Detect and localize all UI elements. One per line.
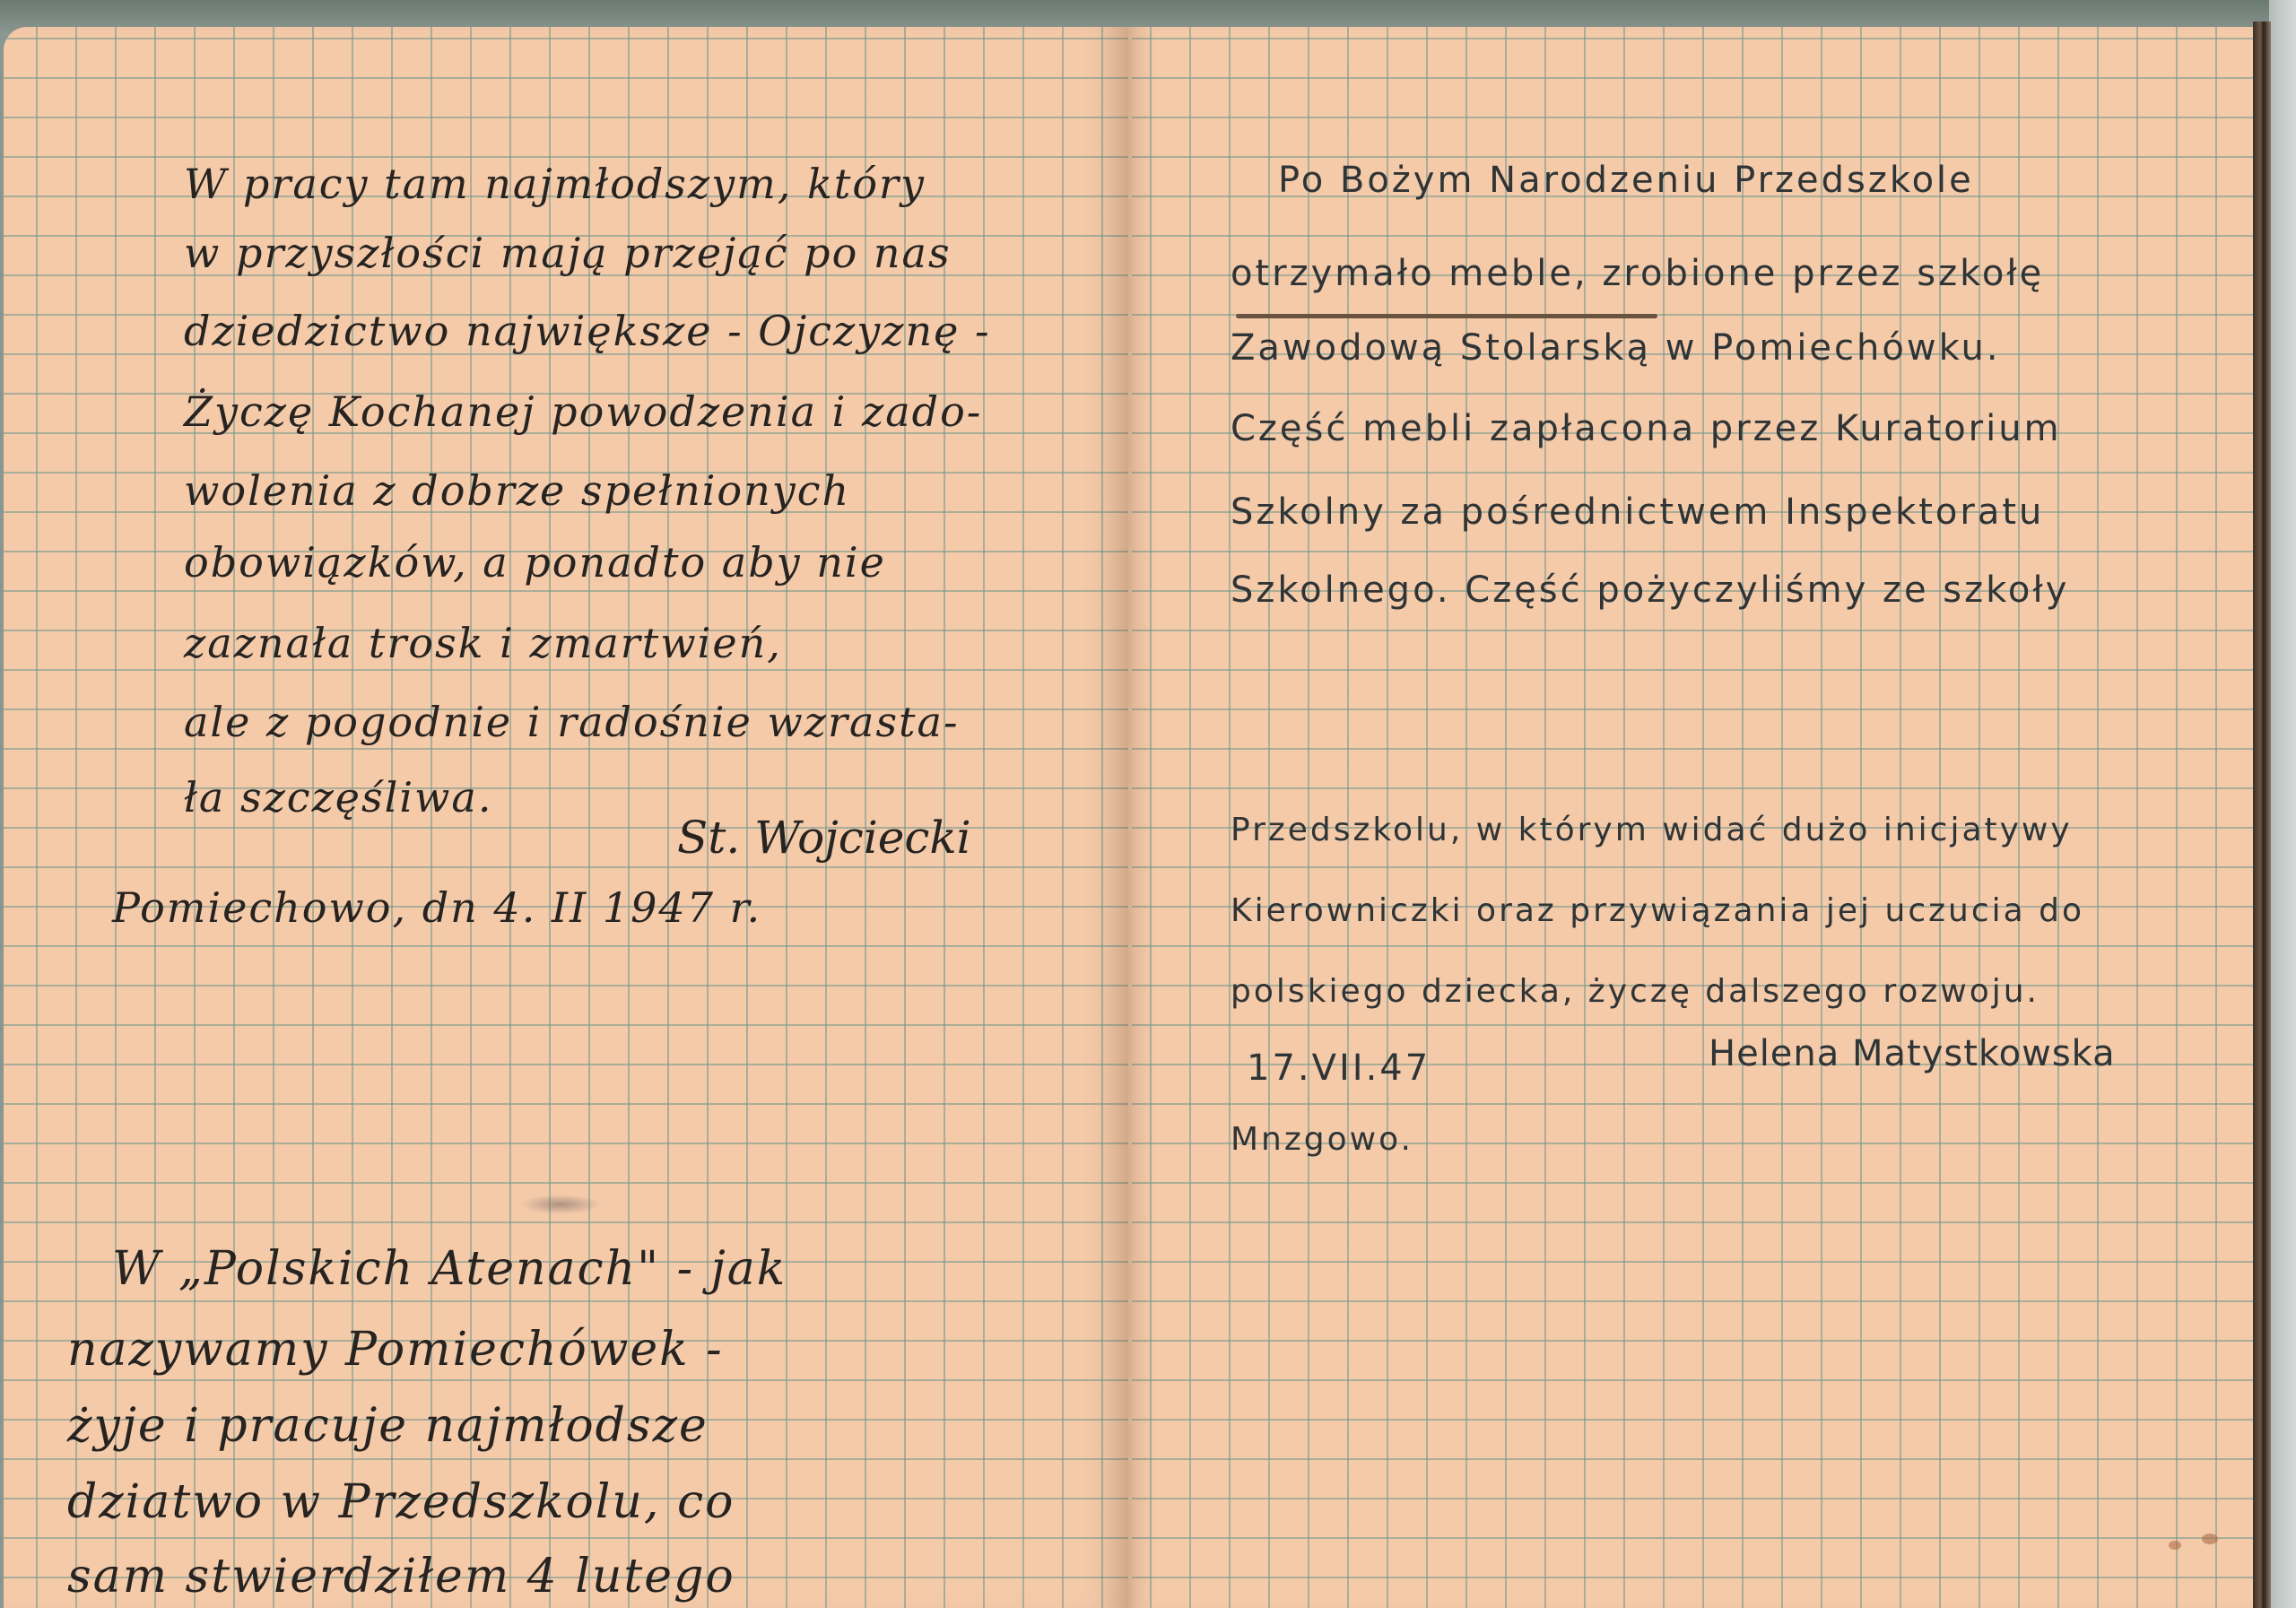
left-line-9: ła szczęśliwa. <box>184 773 492 821</box>
right-line-1: Po Bożym Narodzeniu Przedszkole <box>1278 160 1974 201</box>
left-line-3: dziedzictwo największe - Ojczyznę - <box>184 307 991 355</box>
left-entry2-line-4: dziatwo w Przedszkolu, co <box>67 1475 735 1529</box>
left-entry2-line-3: żyje i pracuje najmłodsze <box>67 1399 709 1453</box>
left-signature: St. Wojciecki <box>677 812 971 864</box>
left-line-4: Życzę Kochanej powodzenia i zado- <box>184 387 982 436</box>
right-line-2: otrzymało meble, zrobione przez szkołę <box>1231 253 2044 294</box>
paper-stain <box>2169 1541 2181 1550</box>
right-line-5: Szkolny za pośrednictwem Inspektoratu <box>1231 491 2044 533</box>
left-date-line: Pomiechowo, dn 4. II 1947 r. <box>112 883 761 932</box>
paper-stain <box>2202 1534 2218 1544</box>
right-entry2-line-3: polskiego dziecka, życzę dalszego rozwoj… <box>1231 973 2039 1010</box>
left-line-7: zaznała trosk i zmartwień, <box>184 619 782 667</box>
left-line-5: wolenia z dobrze spełnionych <box>184 466 850 515</box>
notebook-spine <box>1128 27 1132 1608</box>
scan-background-top <box>0 0 2296 30</box>
right-line-3: Zawodową Stolarską w Pomiechówku. <box>1231 327 2001 369</box>
right-line-6: Szkolnego. Część pożyczyliśmy ze szkoły <box>1231 569 2069 611</box>
left-line-2: w przyszłości mają przejąć po nas <box>184 229 952 277</box>
right-entry2-line-1: Przedszkolu, w którym widać dużo inicjat… <box>1231 812 2073 848</box>
ink-smudge <box>520 1195 601 1214</box>
notebook-page-edges <box>2253 22 2271 1608</box>
right-line-4: Część mebli zapłacona przez Kuratorium <box>1231 408 2062 449</box>
left-line-8: ale z pogodnie i radośnie wzrasta- <box>184 698 960 746</box>
left-entry2-line-1: W „Polskich Atenach" - jak <box>112 1242 787 1296</box>
left-entry2-line-5: sam stwierdziłem 4 lutego <box>67 1550 735 1604</box>
left-line-6: obowiązków, a ponadto aby nie <box>184 538 886 587</box>
right-place: Mnzgowo. <box>1231 1121 1413 1158</box>
scan-background-right <box>2269 0 2296 1608</box>
underline-stroke <box>1236 314 1657 318</box>
left-entry2-line-2: nazywamy Pomiechówek - <box>67 1323 724 1377</box>
right-signature: Helena Matystkowska <box>1709 1033 2116 1074</box>
right-date: 17.VII.47 <box>1247 1047 1431 1089</box>
left-line-1: W pracy tam najmłodszym, który <box>184 160 926 208</box>
right-entry2-line-2: Kierowniczki oraz przywiązania jej uczuc… <box>1231 892 2084 929</box>
